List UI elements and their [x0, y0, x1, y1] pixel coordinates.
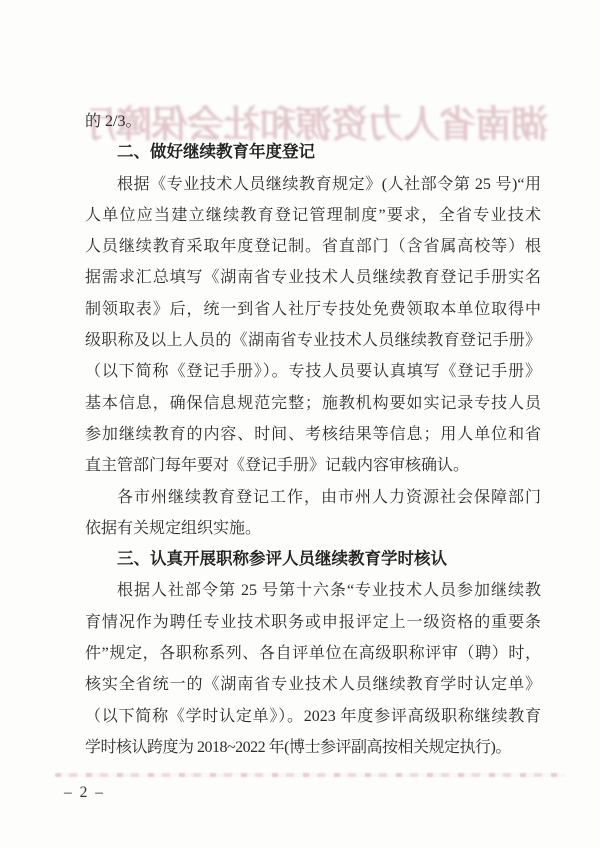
section-heading-3: 三、认真开展职称参评人员继续教育学时核认 — [85, 544, 541, 575]
text-line: 根据人社部令第 25 号第十六条“专业技术人员参加继续教 — [85, 575, 541, 606]
text-line: 育情况作为聘任专业技术职务或申报评定上一级资格的重要条 — [85, 607, 541, 638]
text-line: 人员继续教育采取年度登记制。省直部门（含省属高校等）根 — [85, 231, 541, 262]
text-line: 级职称及以上人员的《湖南省专业技术人员继续教育登记手册》 — [85, 325, 541, 356]
scanned-document-page: 湖南省人力资源和社会保障厅 的 2/3。 二、做好继续教育年度登记 根据《专业技… — [0, 0, 600, 848]
text-line: 核实全省统一的《湖南省专业技术人员继续教育学时认定单》 — [85, 669, 541, 700]
text-line: （以下简称《登记手册》）。专技人员要认真填写《登记手册》 — [85, 356, 541, 387]
text-line: 根据《专业技术人员继续教育规定》(人社部令第 25 号)“用 — [85, 169, 541, 200]
bleed-through-line — [55, 773, 565, 777]
text-line: 依据有关规定组织实施。 — [85, 513, 541, 544]
text-line: 人单位应当建立继续教育登记管理制度”要求，全省专业技术 — [85, 200, 541, 231]
text-line: 参加继续教育的内容、时间、考核结果等信息；用人单位和省 — [85, 419, 541, 450]
section-heading-2: 二、做好继续教育年度登记 — [85, 137, 541, 168]
text-line: 件”规定，各职称系列、各自评单位在高级职称评审（聘）时， — [85, 638, 541, 669]
page-number: – 2 – — [64, 784, 105, 802]
text-line: （以下简称《学时认定单》）。2023 年度参评高级职称继续教育 — [85, 701, 541, 732]
text-line: 各市州继续教育登记工作，由市州人力资源社会保障部门 — [85, 482, 541, 513]
text-line: 制领取表》后，统一到省人社厅专技处免费领取本单位取得中 — [85, 294, 541, 325]
text-line: 基本信息，确保信息规范完整；施教机构要如实记录专技人员 — [85, 388, 541, 419]
text-line: 学时核认跨度为 2018~2022 年(博士参评副高按相关规定执行)。 — [85, 732, 541, 763]
text-line: 据需求汇总填写《湖南省专业技术人员继续教育登记手册实名 — [85, 262, 541, 293]
text-line: 直主管部门每年要对《登记手册》记载内容审核确认。 — [85, 450, 541, 481]
text-line: 的 2/3。 — [85, 106, 541, 137]
document-body: 的 2/3。 二、做好继续教育年度登记 根据《专业技术人员继续教育规定》(人社部… — [85, 106, 541, 763]
